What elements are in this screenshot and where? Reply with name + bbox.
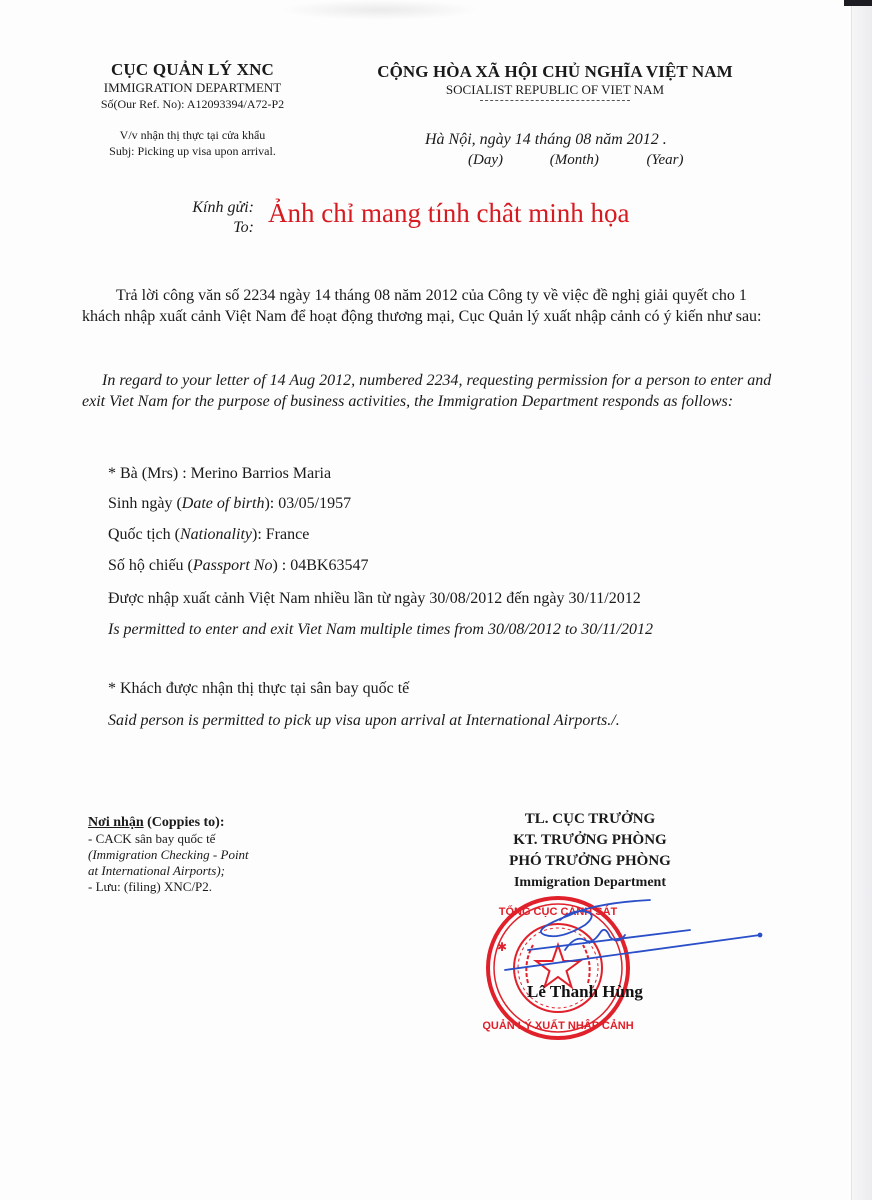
date-legend: (Day) (Month) (Year) [468, 151, 683, 169]
recipient-item: - Lưu: (filing) XNC/P2. [88, 879, 249, 895]
nationality-label-vn: Quốc tịch ( [108, 526, 180, 543]
issuer-header: CỤC QUẢN LÝ XNC IMMIGRATION DEPARTMENT S… [80, 60, 305, 159]
visa-note-en: Said person is permitted to pick up visa… [108, 711, 620, 731]
person-name-label: * Bà (Mrs) : [108, 465, 191, 482]
body-paragraph-en: In regard to your letter of 14 Aug 2012,… [82, 370, 782, 412]
recipients-block: Nơi nhận (Coppies to): - CACK sân bay qu… [88, 815, 249, 895]
addressee-value: Ảnh chỉ mang tính chât minh họa [268, 196, 629, 230]
recipients-title-en: (Coppies to): [144, 815, 225, 830]
country-name-vn: CỘNG HÒA XÃ HỘI CHỦ NGHĨA VIỆT NAM [355, 62, 755, 82]
handwritten-signature-icon [500, 895, 770, 995]
dob-line: Sinh ngày (Date of birth): 03/05/1957 [108, 494, 351, 514]
person-name: Merino Barrios Maria [191, 465, 331, 482]
recipient-item: (Immigration Checking - Point [88, 847, 249, 863]
signature-titles: TL. CỤC TRƯỞNG KT. TRƯỞNG PHÒNG PHÓ TRƯỞ… [480, 809, 700, 893]
recipient-item: at International Airports); [88, 863, 249, 879]
signer-name: Lê Thanh Hùng [527, 981, 643, 1003]
document-page: CỤC QUẢN LÝ XNC IMMIGRATION DEPARTMENT S… [0, 0, 872, 1200]
date-legend-day: (Day) [468, 151, 546, 169]
scan-smudge [280, 0, 480, 20]
body-paragraph-vn: Trả lời công văn số 2234 ngày 14 tháng 0… [82, 285, 782, 327]
passport-value: ) : 04BK63547 [272, 557, 368, 574]
passport-label-en: Passport No [193, 557, 273, 574]
addressee-label-vn: Kính gửi: [180, 198, 254, 218]
header-divider [480, 100, 630, 101]
country-name-en: SOCIALIST REPUBLIC OF VIET NAM [355, 82, 755, 98]
permission-vn: Được nhập xuất cảnh Việt Nam nhiều lần t… [108, 589, 641, 609]
dob-label-en: Date of birth [182, 495, 265, 512]
recipients-title-vn: Nơi nhận [88, 815, 144, 830]
recipients-title: Nơi nhận (Coppies to): [88, 815, 249, 831]
passport-label-vn: Số hộ chiếu ( [108, 557, 193, 574]
dob-value: ): 03/05/1957 [264, 495, 351, 512]
svg-text:QUẢN LÝ XUẤT NHẬP CẢNH: QUẢN LÝ XUẤT NHẬP CẢNH [483, 1019, 633, 1032]
country-header: CỘNG HÒA XÃ HỘI CHỦ NGHĨA VIỆT NAM SOCIA… [355, 62, 755, 101]
signature-title-2: KT. TRƯỞNG PHÒNG [480, 830, 700, 851]
signature-title-3: PHÓ TRƯỞNG PHÒNG [480, 851, 700, 872]
nationality-line: Quốc tịch (Nationality): France [108, 525, 309, 545]
department-name: IMMIGRATION DEPARTMENT [80, 80, 305, 96]
permission-en: Is permitted to enter and exit Viet Nam … [108, 620, 653, 640]
addressee-label-en: To: [180, 218, 254, 238]
nationality-label-en: Nationality [180, 526, 252, 543]
scan-edge [851, 0, 872, 1200]
subject-vn: V/v nhận thị thực tại cửa khẩu [80, 127, 305, 143]
agency-name: CỤC QUẢN LÝ XNC [80, 60, 305, 80]
recipient-item: - CACK sân bay quốc tế [88, 831, 249, 847]
person-name-line: * Bà (Mrs) : Merino Barrios Maria [108, 464, 331, 484]
visa-note-vn: * Khách được nhận thị thực tại sân bay q… [108, 679, 409, 699]
passport-line: Số hộ chiếu (Passport No) : 04BK63547 [108, 556, 368, 576]
reference-number: Số(Our Ref. No): A12093394/A72-P2 [80, 96, 305, 112]
date-legend-month: (Month) [550, 151, 643, 169]
subject-en: Subj: Picking up visa upon arrival. [80, 143, 305, 159]
signature-department: Immigration Department [480, 872, 700, 893]
dob-label-vn: Sinh ngày ( [108, 495, 182, 512]
nationality-value: ): France [252, 526, 309, 543]
scan-corner [844, 0, 872, 6]
addressee-label: Kính gửi: To: [180, 198, 254, 238]
issue-date: Hà Nội, ngày 14 tháng 08 năm 2012 . [425, 131, 667, 149]
date-legend-year: (Year) [647, 151, 684, 169]
signature-title-1: TL. CỤC TRƯỞNG [480, 809, 700, 830]
